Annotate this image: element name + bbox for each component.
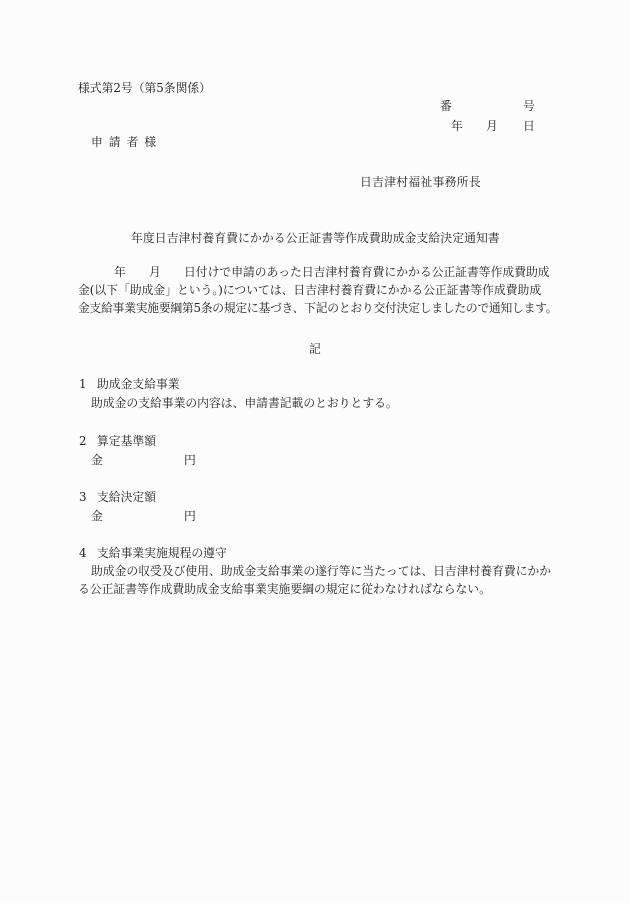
body-date-year: 年 xyxy=(114,265,126,279)
reference-number-prefix: 番 xyxy=(440,99,452,113)
section-title: 算定基準額 xyxy=(97,434,156,448)
document-title: 年度日吉津村養育費にかかる公正証書等作成費助成金支給決定通知書 xyxy=(131,231,500,245)
form-label: 様式第2号（第5条関係） xyxy=(78,81,211,95)
body-line-1: 日付けで申請のあった日吉津村養育費にかかる公正証書等作成費助成 xyxy=(184,265,550,279)
section-number: 2 xyxy=(79,434,87,448)
body-date-month: 月 xyxy=(149,265,161,279)
section-number: 3 xyxy=(79,490,87,504)
section-number: 4 xyxy=(79,546,87,560)
addressee: 申請者様 xyxy=(91,135,162,149)
amount-prefix: 金 xyxy=(91,509,103,523)
body-line-2: 金(以下「助成金」という。)については、日吉津村養育費にかかる公正証書等作成費助… xyxy=(78,283,541,297)
amount-prefix: 金 xyxy=(91,453,103,467)
amount-suffix: 円 xyxy=(184,453,196,467)
ki-heading: 記 xyxy=(309,342,321,356)
document-page: 様式第2号（第5条関係） 番 号 年 月 日 申請者様 日吉津村福祉事務所長 年… xyxy=(0,0,630,903)
section-number: 1 xyxy=(79,377,87,391)
reference-number-suffix: 号 xyxy=(523,99,535,113)
date-year-label: 年 xyxy=(451,119,463,133)
body-line-3: 金支給事業実施要綱第5条の規定に基づき、下記のとおり交付決定しましたので通知しま… xyxy=(78,301,557,315)
section-body-line: 助成金の収受及び使用、助成金支給事業の遂行等に当たっては、日吉津村養育費にかか xyxy=(91,564,551,578)
section-title: 助成金支給事業 xyxy=(97,377,180,391)
section-title: 支給事業実施規程の遵守 xyxy=(97,546,227,560)
section-title: 支給決定額 xyxy=(97,490,156,504)
section-body-line: 助成金の支給事業の内容は、申請書記載のとおりとする。 xyxy=(91,396,398,410)
section-body-line: る公正証書等作成費助成金支給事業実施要綱の規定に従わなければならない。 xyxy=(78,582,491,596)
date-day-label: 日 xyxy=(523,119,535,133)
amount-suffix: 円 xyxy=(184,509,196,523)
sender: 日吉津村福祉事務所長 xyxy=(360,175,481,189)
date-month-label: 月 xyxy=(486,119,498,133)
